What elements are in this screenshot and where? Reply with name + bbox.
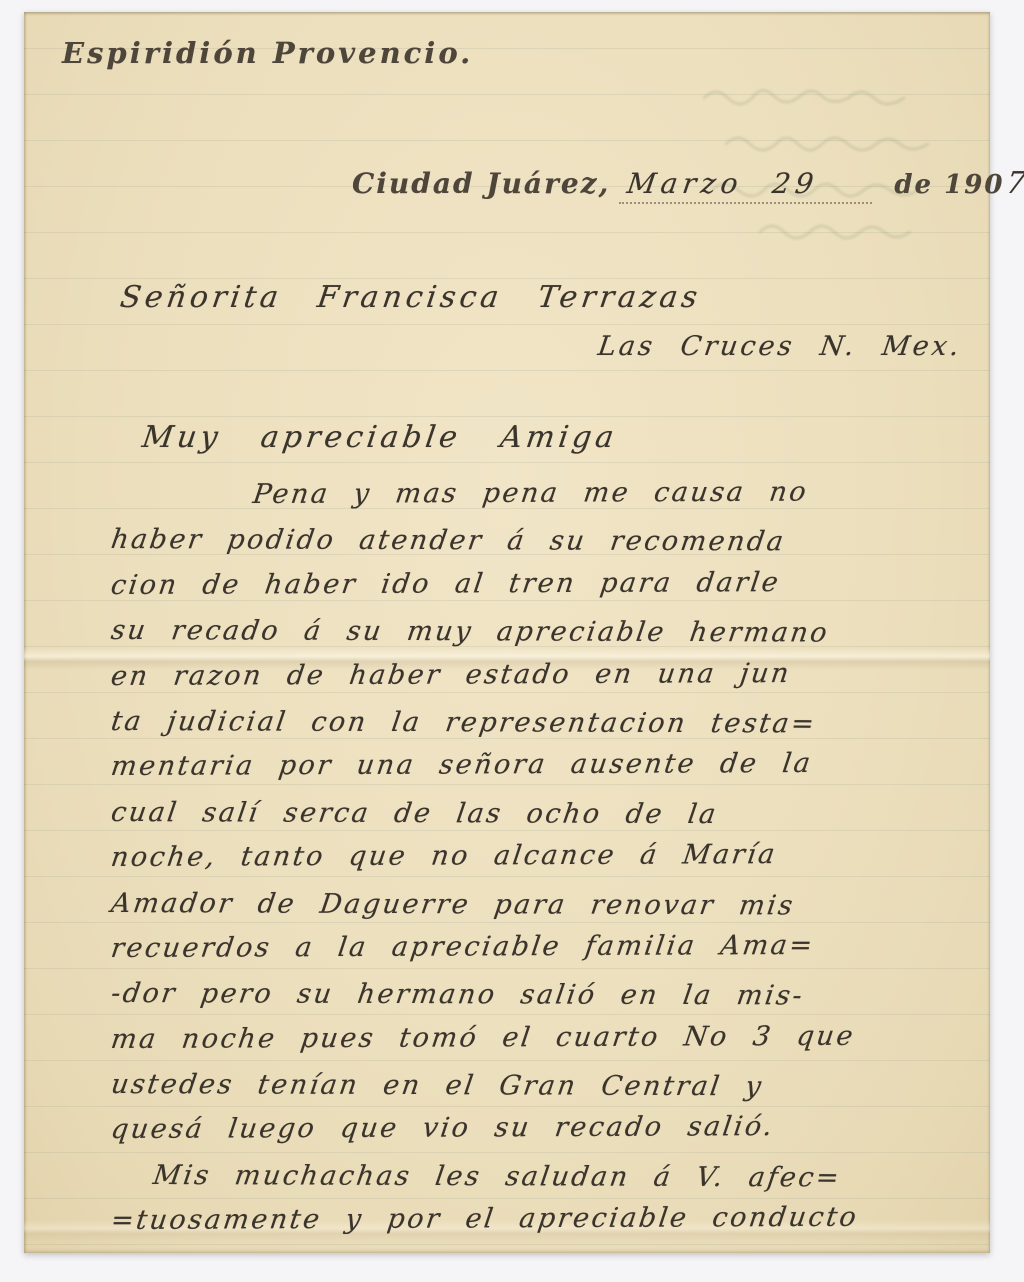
dateline: Ciudad Juárez, Marzo 29 de 1907 <box>352 166 1024 204</box>
dateline-year-digit: 7 <box>1004 166 1023 201</box>
body-line: cual salí serca de las ocho de la <box>108 790 968 835</box>
body-line: haber podido atender á su recomenda <box>108 517 968 562</box>
body-line: en razon de haber estado en una jun <box>108 654 968 699</box>
body-line: Mis muchachas les saludan á V. afec= <box>108 1153 968 1198</box>
body-line: quesá luego que vio su recado salió. <box>108 1107 968 1152</box>
scanned-letter-page: { "page": { "backdrop_color": "#f5f5f7",… <box>0 0 1024 1282</box>
body-line: Pena y mas pena me causa no <box>108 472 968 517</box>
dateline-printed-de: de 190 <box>880 170 1004 200</box>
body-line: Amador de Daguerre para renovar mis <box>108 881 968 926</box>
body-line: ta judicial con la representacion testa= <box>108 699 968 744</box>
body-line: recuerdos a la apreciable familia Ama= <box>108 926 968 971</box>
salutation: Muy apreciable Amiga <box>140 420 615 455</box>
letter-body: Pena y mas pena me causa no haber podido… <box>108 472 968 1244</box>
body-line: su recado á su muy apreciable hermano <box>108 608 968 653</box>
recipient-name: Señorita Francisca Terrazas <box>118 280 699 315</box>
scan-backdrop: Espiridión Provencio. Ciudad Juárez, Mar… <box>0 0 1024 1282</box>
body-line: mentaria por una señora ausente de la <box>108 744 968 789</box>
recipient-address: Las Cruces N. Mex. <box>596 331 959 362</box>
dateline-written-date: Marzo 29 <box>619 167 872 204</box>
body-line: -dor pero su hermano salió en la mis- <box>108 971 968 1016</box>
body-line: =tuosamente y por el apreciable conducto <box>108 1198 968 1243</box>
letterhead-name: Espiridión Provencio. <box>62 36 473 70</box>
body-line: noche, tanto que no alcance á María <box>108 835 968 880</box>
body-line: ma noche pues tomó el cuarto No 3 que <box>108 1017 968 1062</box>
ink-bleed-through <box>664 60 1014 270</box>
dateline-place: Ciudad Juárez, <box>352 167 610 200</box>
body-line: ustedes tenían en el Gran Central y <box>108 1062 968 1107</box>
body-line: cion de haber ido al tren para darle <box>108 563 968 608</box>
